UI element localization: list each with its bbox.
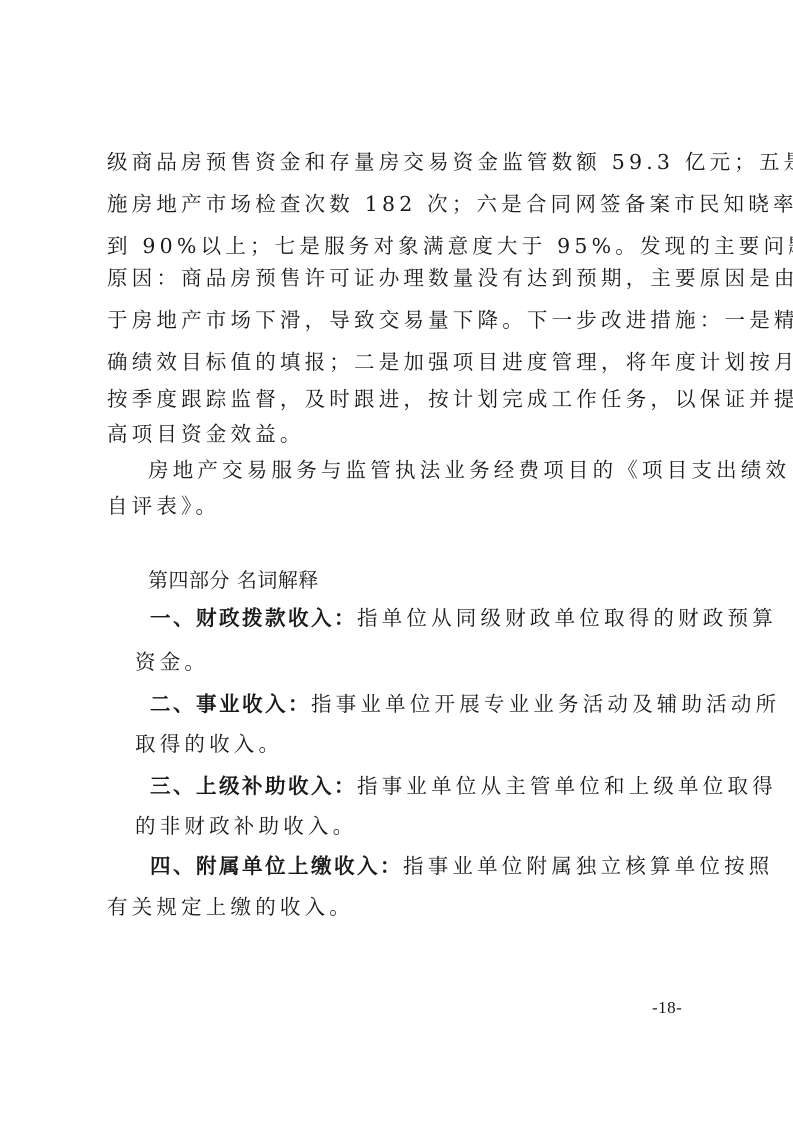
text-line: 级商品房预售资金和存量房交易资金监管数额 59.3 亿元；五是实	[107, 148, 793, 176]
definition-term: 三、上级补助收入：	[150, 774, 357, 798]
definition-text: 指事业单位从主管单位和上级单位取得	[357, 774, 777, 798]
text-line: 按季度跟踪监督，及时跟进，按计划完成工作任务，以保证并提	[107, 385, 793, 413]
definition-continuation: 的非财政补助收入。	[135, 812, 357, 840]
definition-text: 指事业单位附属独立核算单位按照	[403, 854, 774, 878]
definition-term: 二、事业收入：	[150, 692, 311, 716]
text-line: 确绩效目标值的填报；二是加强项目进度管理，将年度计划按月	[107, 348, 793, 376]
definition-continuation: 取得的收入。	[135, 730, 283, 758]
text-line: 房地产交易服务与监管执法业务经费项目的《项目支出绩效	[148, 456, 790, 484]
definition-continuation: 有关规定上缴的收入。	[107, 893, 354, 921]
text-line: 施房地产市场检查次数 182 次；六是合同网签备案市民知晓率达	[107, 190, 793, 218]
definition-first-line: 二、事业收入：指事业单位开展专业业务活动及辅助活动所	[150, 690, 780, 718]
definition-text: 指事业单位开展专业业务活动及辅助活动所	[311, 692, 780, 716]
text-line: 于房地产市场下滑，导致交易量下降。下一步改进措施：一是精	[107, 306, 793, 334]
definition-text: 指单位从同级财政单位取得的财政预算	[357, 606, 777, 630]
text-line: 高项目资金效益。	[107, 420, 305, 448]
definition-first-line: 四、附属单位上缴收入：指事业单位附属独立核算单位按照	[150, 852, 774, 880]
definition-first-line: 三、上级补助收入：指事业单位从主管单位和上级单位取得	[150, 772, 777, 800]
definition-continuation: 资金。	[135, 648, 209, 676]
text-line: 到 90%以上；七是服务对象满意度大于 95%。发现的主要问题及	[107, 232, 793, 260]
definition-term: 一、财政拨款收入：	[150, 606, 357, 630]
section-title: 第四部分 名词解释	[148, 566, 319, 594]
definition-first-line: 一、财政拨款收入：指单位从同级财政单位取得的财政预算	[150, 604, 777, 632]
definition-term: 四、附属单位上缴收入：	[150, 854, 403, 878]
page-number: -18-	[652, 998, 682, 1018]
text-line: 原因：商品房预售许可证办理数量没有达到预期，主要原因是由	[107, 264, 793, 292]
text-line: 自评表》。	[107, 492, 220, 520]
